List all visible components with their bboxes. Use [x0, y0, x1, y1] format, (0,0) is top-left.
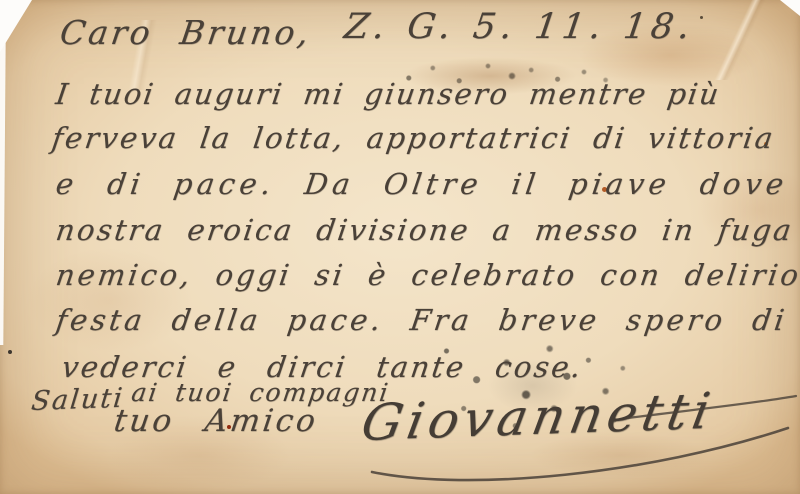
worn-edge — [0, 0, 6, 345]
handwriting-line: I tuoi auguri mi giunsero mentre più — [54, 80, 722, 109]
worn-corner — [0, 0, 32, 52]
ink-fleck — [8, 350, 12, 354]
postcard-scan: Caro Bruno, Z. G. 5. 11. 18. I tuoi augu… — [0, 0, 800, 494]
signature: Giovannetti — [358, 386, 719, 448]
handwriting-line: festa della pace. Fra breve spero di — [54, 306, 789, 335]
dateline: Z. G. 5. 11. 18. — [342, 10, 697, 45]
handwriting-line: e di pace. Da Oltre il piave dove la — [54, 170, 800, 199]
postscript-saluti: Saluti — [30, 385, 125, 415]
handwriting-line: nemico, oggi si è celebrato con delirio … — [54, 261, 800, 290]
closing: tuo Amico — [112, 406, 320, 437]
handwriting-line: ferveva la lotta, apportatrici di vittor… — [50, 124, 777, 153]
ink-fleck — [700, 16, 703, 19]
postscript-inserted: ai tuoi compagni — [130, 380, 391, 405]
handwriting-line: nostra eroica divisione a messo in fuga … — [54, 216, 800, 245]
salutation: Caro Bruno, — [58, 16, 314, 49]
worn-corner — [780, 0, 800, 16]
